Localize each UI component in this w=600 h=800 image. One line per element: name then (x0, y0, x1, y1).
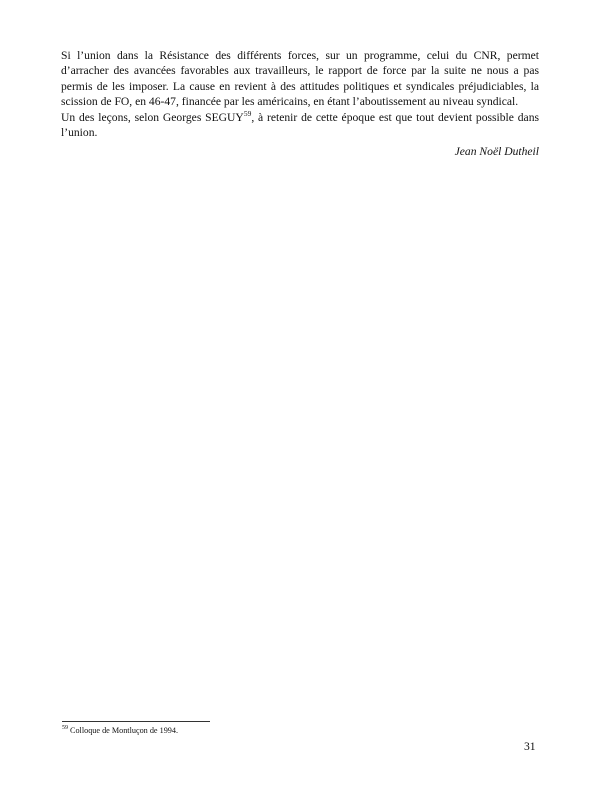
footnote: 59Colloque de Montluçon de 1994. (62, 725, 178, 736)
paragraph-2: Un des leçons, selon Georges SEGUY59, à … (61, 110, 539, 141)
page-number: 31 (524, 740, 536, 753)
paragraph-1: Si l’union dans la Résistance des différ… (61, 48, 539, 110)
footnote-text: Colloque de Montluçon de 1994. (70, 726, 178, 735)
body-text: Si l’union dans la Résistance des différ… (61, 48, 539, 140)
author-signature: Jean Noël Dutheil (455, 144, 539, 159)
footnote-number: 59 (62, 725, 68, 731)
footnote-divider (62, 721, 210, 722)
paragraph-2-start: Un des leçons, selon Georges SEGUY (61, 111, 244, 124)
document-page: Si l’union dans la Résistance des différ… (0, 0, 600, 800)
